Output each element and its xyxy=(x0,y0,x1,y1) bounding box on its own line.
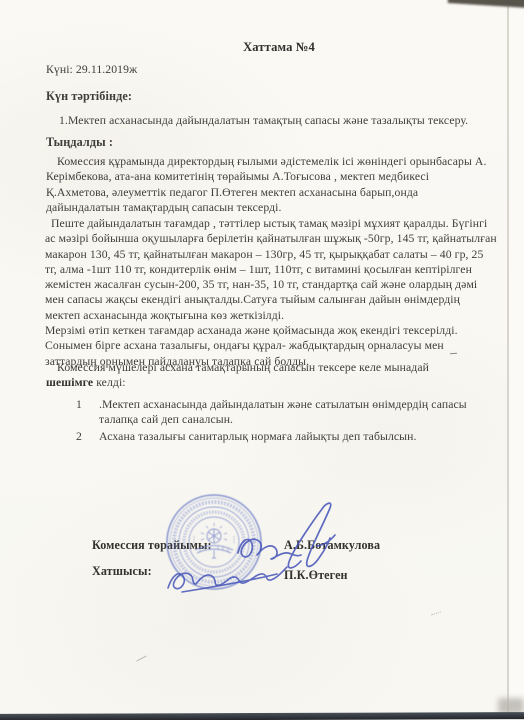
decision-keyword: шешімге xyxy=(46,376,93,389)
decision-item-number: 1 xyxy=(76,397,99,428)
scan-right-margin xyxy=(509,0,524,714)
document-title: Хаттама №4 xyxy=(17,40,524,55)
pencil-mark xyxy=(431,611,441,615)
decision-list: 1 .Мектеп асханасында дайындалатын және … xyxy=(76,397,488,445)
inspection-paragraph: Пеште дайындалатын тағамдар , тәттілер ы… xyxy=(45,216,497,323)
chairperson-name: А.Б.Ботамкулова xyxy=(284,538,380,553)
expired-paragraph: Мерзімі өтіп кеткен тағамдар асханада жә… xyxy=(45,323,497,338)
scanned-document-page: Хаттама №4 Күні: 29.11.2019ж Күн тәртібі… xyxy=(0,0,524,720)
date-line: Күні: 29.11.2019ж xyxy=(46,62,137,77)
inspection-body: Пеште дайындалатын тағамдар , тәттілер ы… xyxy=(45,216,497,369)
decision-item: 1 .Мектеп асханасында дайындалатын және … xyxy=(76,397,488,428)
decision-intro-line1: Комессия мүшелері асхана тамақтарының са… xyxy=(46,360,478,375)
scan-bottom-edge xyxy=(0,712,524,720)
official-stamp-icon xyxy=(164,492,264,592)
agenda-heading: Күн тәртібінде: xyxy=(46,89,132,104)
decision-item-number: 2 xyxy=(76,429,99,444)
pencil-mark xyxy=(136,655,146,661)
decision-intro-line2-rest: келді: xyxy=(93,376,125,389)
agenda-item: 1.Мектеп асханасында дайындалатын тамақт… xyxy=(59,113,468,128)
decision-intro-line2: шешімге келді: xyxy=(46,375,478,390)
decision-intro: Комессия мүшелері асхана тамақтарының са… xyxy=(46,360,478,391)
secretary-role-label: Хатшысы: xyxy=(92,564,152,579)
heard-heading: Тыңдалды : xyxy=(46,135,113,150)
decision-item-text: .Мектеп асханасында дайындалатын және са… xyxy=(99,397,488,428)
secretary-name: П.К.Өтеген xyxy=(284,568,348,583)
commission-paragraph: Комессия құрамында директордың ғылыми әд… xyxy=(46,154,491,215)
scan-page-edge xyxy=(507,6,509,712)
decision-item-text: Асхана тазалығы санитарлық нормаға лайық… xyxy=(99,429,488,444)
decision-item: 2 Асхана тазалығы санитарлық нормаға лай… xyxy=(76,429,488,444)
